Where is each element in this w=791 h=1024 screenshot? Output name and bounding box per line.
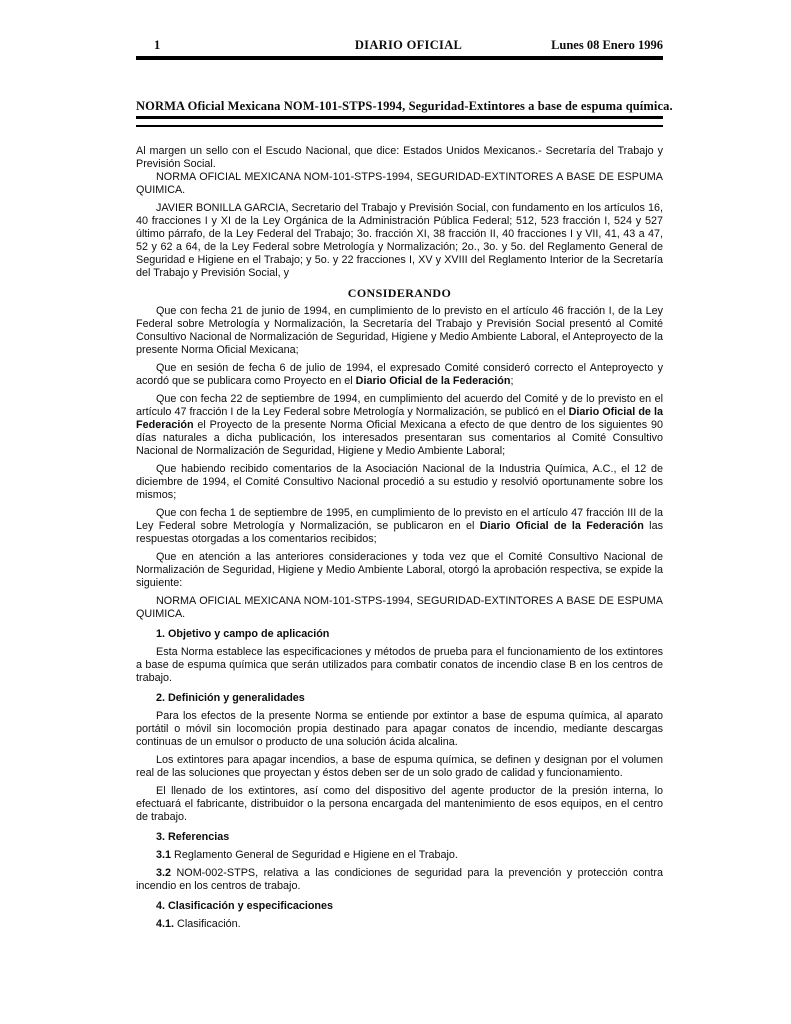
paragraph: NORMA OFICIAL MEXICANA NOM-101-STPS-1994… xyxy=(136,171,663,197)
text-segment: Clasificación. xyxy=(174,918,241,930)
paragraph: El llenado de los extintores, así como d… xyxy=(136,785,663,824)
text-segment: Esta Norma establece las especificacione… xyxy=(136,646,663,684)
text-segment: 3. Referencias xyxy=(156,831,229,843)
paragraph: Que con fecha 1 de septiembre de 1995, e… xyxy=(136,507,663,546)
text-segment: Para los efectos de la presente Norma se… xyxy=(136,710,663,748)
text-segment: Al margen un sello con el Escudo Naciona… xyxy=(136,145,663,170)
text-segment: ; xyxy=(510,375,513,387)
paragraph: NORMA OFICIAL MEXICANA NOM-101-STPS-1994… xyxy=(136,595,663,621)
paragraph: Los extintores para apagar incendios, a … xyxy=(136,754,663,780)
document-title: NORMA Oficial Mexicana NOM-101-STPS-1994… xyxy=(136,99,663,119)
document-body: Al margen un sello con el Escudo Naciona… xyxy=(136,145,663,931)
text-segment: El llenado de los extintores, así como d… xyxy=(136,785,663,823)
text-segment: Reglamento General de Seguridad e Higien… xyxy=(171,849,458,861)
page-number: 1 xyxy=(136,38,324,53)
text-segment: Que con fecha 21 de junio de 1994, en cu… xyxy=(136,305,663,356)
section-heading: 4. Clasificación y especificaciones xyxy=(136,900,663,913)
title-divider xyxy=(136,125,663,127)
text-segment: 3.2 xyxy=(156,867,171,879)
header-date: Lunes 08 Enero 1996 xyxy=(493,38,663,53)
text-segment: NORMA OFICIAL MEXICANA NOM-101-STPS-1994… xyxy=(136,171,663,196)
text-segment: Que habiendo recibido comentarios de la … xyxy=(136,463,663,501)
paragraph: Que habiendo recibido comentarios de la … xyxy=(136,463,663,502)
text-segment: CONSIDERANDO xyxy=(348,286,451,300)
text-segment: Diario Oficial de la Federación xyxy=(480,520,644,532)
text-segment: el Proyecto de la presente Norma Oficial… xyxy=(136,419,663,457)
section-heading: 1. Objetivo y campo de aplicación xyxy=(136,628,663,641)
paragraph: JAVIER BONILLA GARCIA, Secretario del Tr… xyxy=(136,202,663,280)
text-segment: NORMA OFICIAL MEXICANA NOM-101-STPS-1994… xyxy=(136,595,663,620)
section-heading: 2. Definición y generalidades xyxy=(136,692,663,705)
paragraph: 3.2 NOM-002-STPS, relativa a las condici… xyxy=(136,867,663,893)
text-segment: 2. Definición y generalidades xyxy=(156,692,305,704)
text-segment: 1. Objetivo y campo de aplicación xyxy=(156,628,329,640)
text-segment: NOM-002-STPS, relativa a las condiciones… xyxy=(136,867,663,892)
paragraph: Al margen un sello con el Escudo Naciona… xyxy=(136,145,663,171)
paragraph: Para los efectos de la presente Norma se… xyxy=(136,710,663,749)
document-page: 1 DIARIO OFICIAL Lunes 08 Enero 1996 NOR… xyxy=(0,0,791,1024)
paragraph: 3.1 Reglamento General de Seguridad e Hi… xyxy=(136,849,663,862)
section-heading: 3. Referencias xyxy=(136,831,663,844)
paragraph: Que con fecha 21 de junio de 1994, en cu… xyxy=(136,305,663,357)
text-segment: Diario Oficial de la Federación xyxy=(356,375,511,387)
paragraph: Que con fecha 22 de septiembre de 1994, … xyxy=(136,393,663,458)
page-header: 1 DIARIO OFICIAL Lunes 08 Enero 1996 xyxy=(136,38,663,60)
text-segment: 4. Clasificación y especificaciones xyxy=(156,900,333,912)
text-segment: 4.1. xyxy=(156,918,174,930)
text-segment: Que en atención a las anteriores conside… xyxy=(136,551,663,589)
paragraph: Que en sesión de fecha 6 de julio de 199… xyxy=(136,362,663,388)
paragraph: Que en atención a las anteriores conside… xyxy=(136,551,663,590)
text-segment: Los extintores para apagar incendios, a … xyxy=(136,754,663,779)
publication-title: DIARIO OFICIAL xyxy=(324,38,494,53)
text-segment: JAVIER BONILLA GARCIA, Secretario del Tr… xyxy=(136,202,663,279)
paragraph: Esta Norma establece las especificacione… xyxy=(136,646,663,685)
text-segment: 3.1 xyxy=(156,849,171,861)
centered-heading: CONSIDERANDO xyxy=(136,287,663,300)
paragraph: 4.1. Clasificación. xyxy=(136,918,663,931)
